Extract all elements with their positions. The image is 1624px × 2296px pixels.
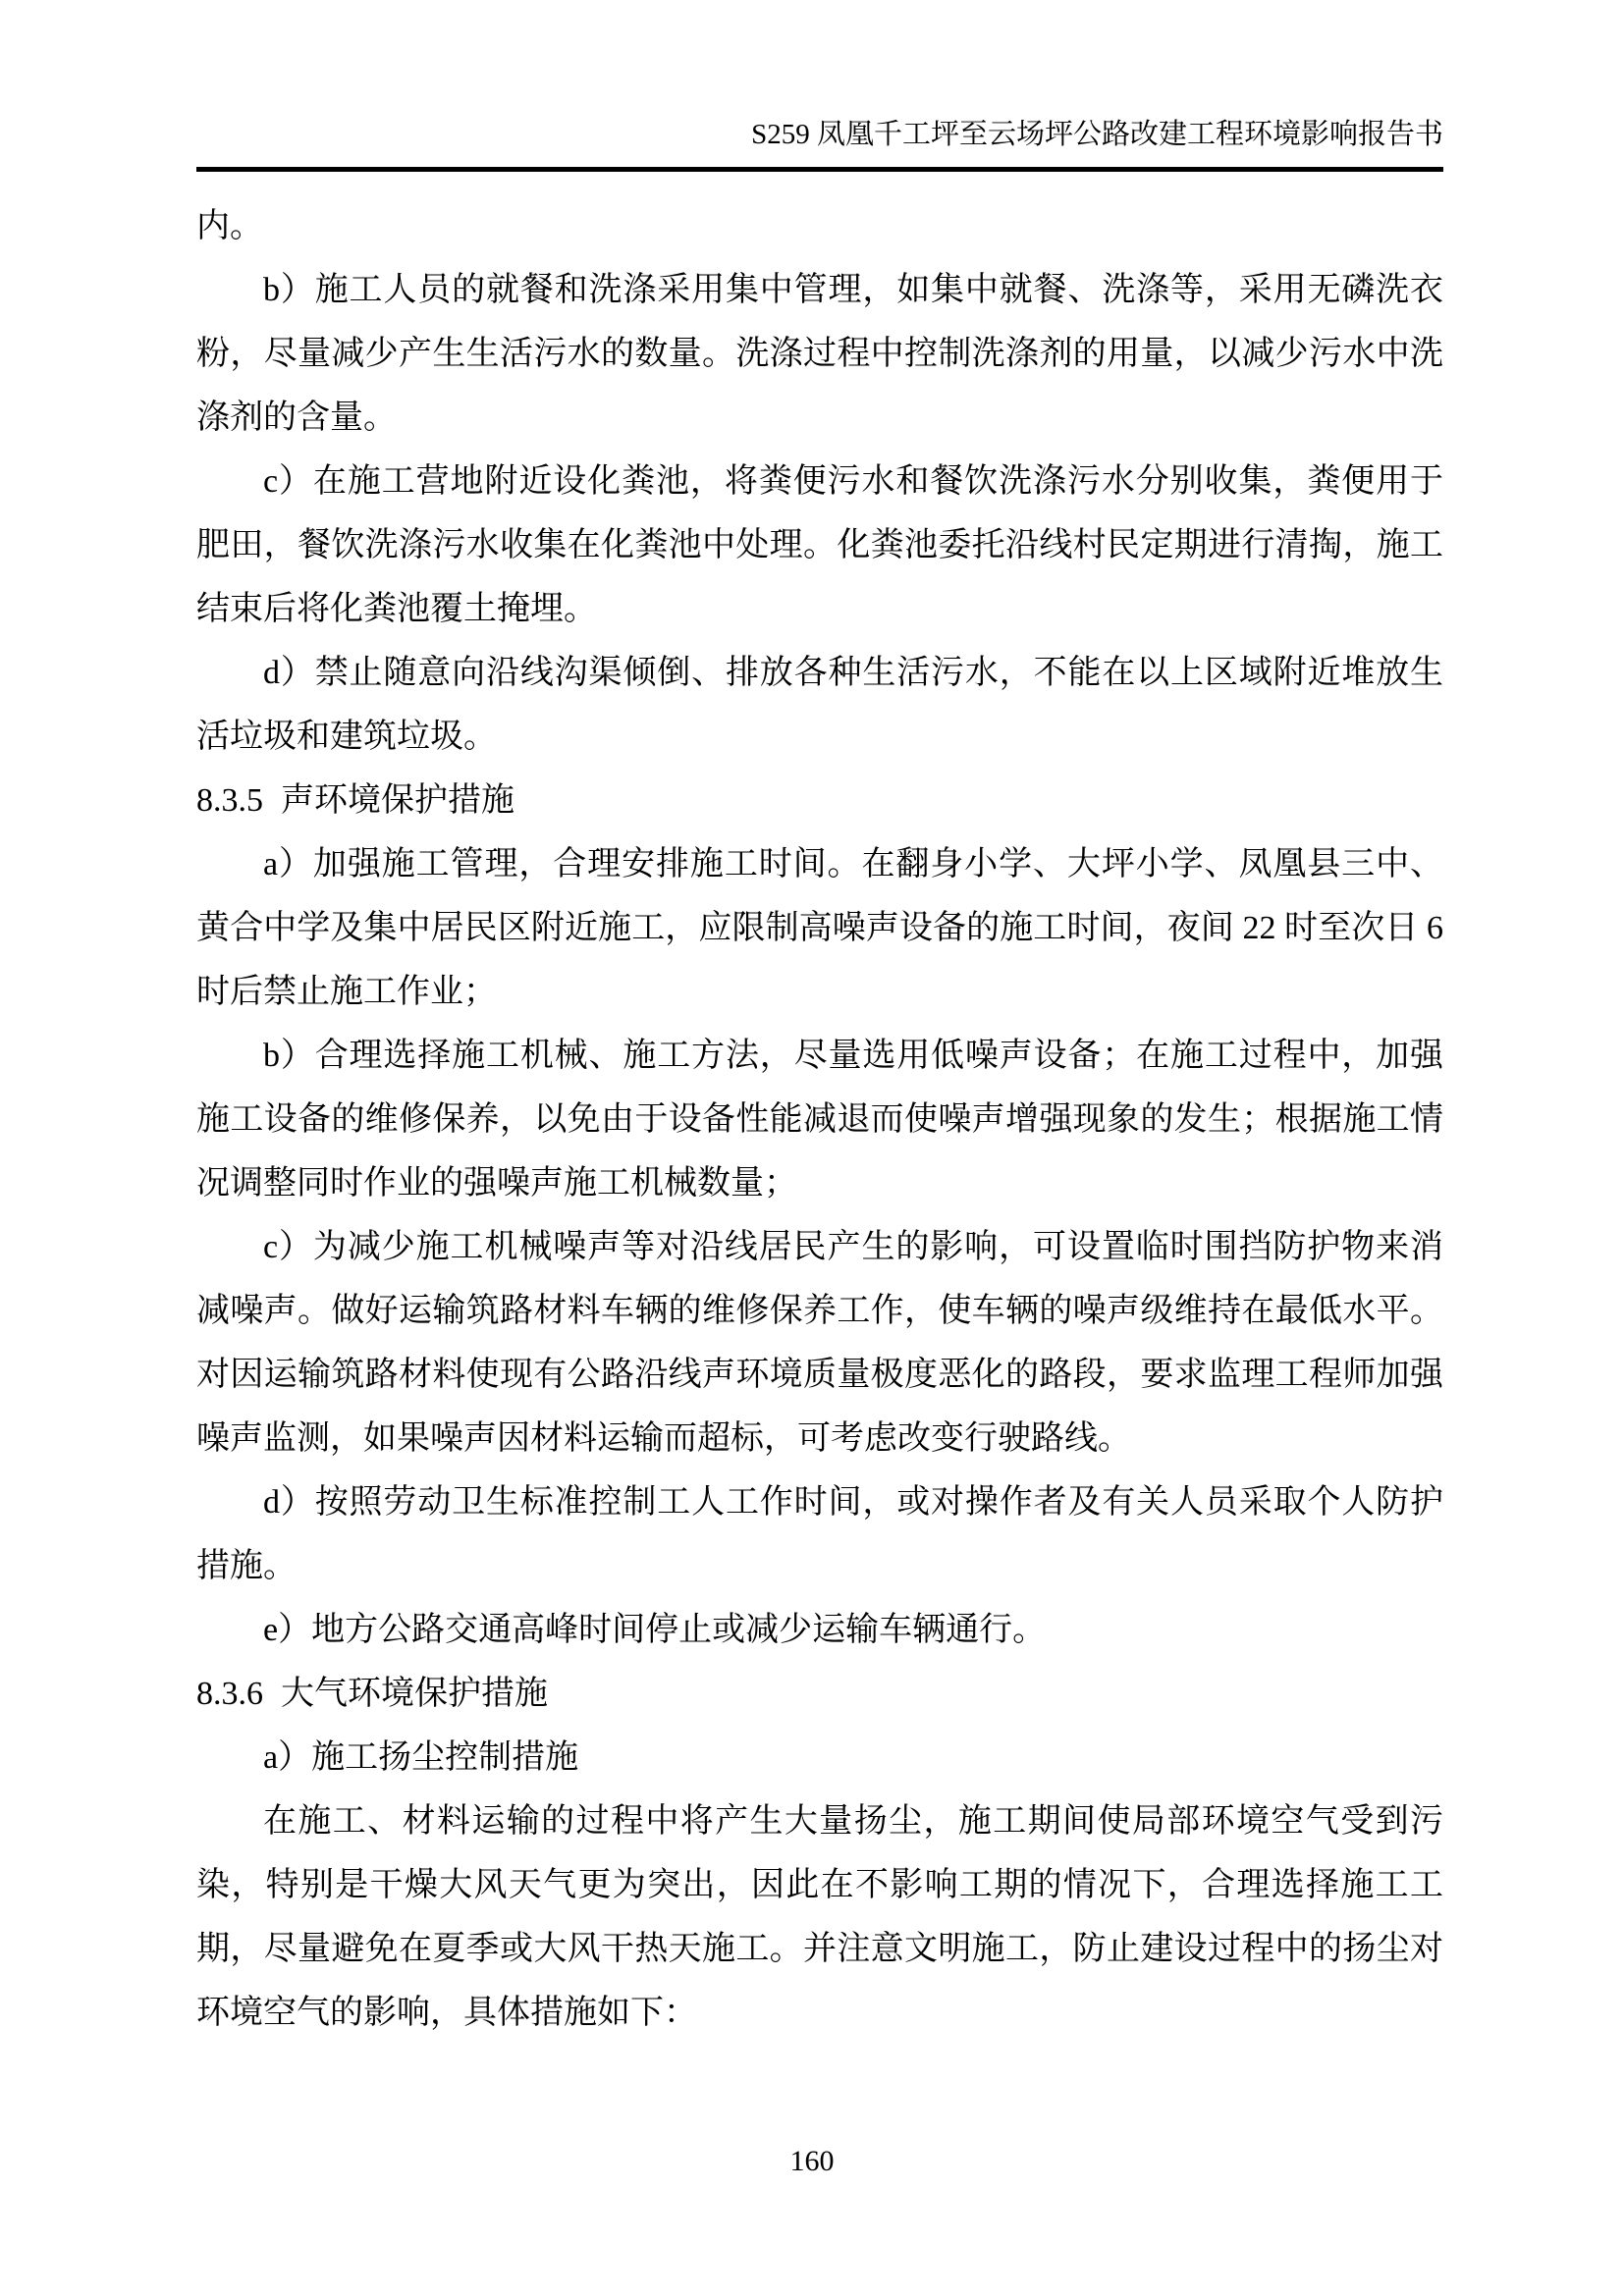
section-number: 8.3.6 (196, 1676, 263, 1712)
page-number: 160 (790, 2145, 835, 2177)
paragraph: c）在施工营地附近设化粪池，将粪便污水和餐饮洗涤污水分别收集，粪便用于肥田，餐饮… (196, 450, 1443, 641)
paragraph: b）施工人员的就餐和洗涤采用集中管理，如集中就餐、洗涤等，采用无磷洗衣粉，尽量减… (196, 258, 1443, 450)
paragraph: c）为减少施工机械噪声等对沿线居民产生的影响，可设置临时围挡防护物来消减噪声。做… (196, 1215, 1443, 1470)
paragraph: e）地方公路交通高峰时间停止或减少运输车辆通行。 (196, 1598, 1443, 1662)
section-heading: 8.3.6大气环境保护措施 (196, 1662, 1443, 1726)
document-page: S259 凤凰千工坪至云场坪公路改建工程环境影响报告书 内。b）施工人员的就餐和… (0, 0, 1624, 2296)
paragraph: 在施工、材料运输的过程中将产生大量扬尘，施工期间使局部环境空气受到污染，特别是干… (196, 1789, 1443, 2045)
paragraph: d）禁止随意向沿线沟渠倾倒、排放各种生活污水，不能在以上区域附近堆放生活垃圾和建… (196, 641, 1443, 769)
section-heading: 8.3.5声环境保护措施 (196, 769, 1443, 832)
paragraph-continuation: 内。 (196, 194, 1443, 258)
section-title: 声环境保护措施 (281, 782, 514, 819)
paragraph: b）合理选择施工机械、施工方法，尽量选用低噪声设备；在施工过程中，加强施工设备的… (196, 1024, 1443, 1215)
paragraph: a）施工扬尘控制措施 (196, 1726, 1443, 1789)
section-title: 大气环境保护措施 (281, 1676, 548, 1712)
page-footer: 160 (0, 2142, 1624, 2181)
paragraph: d）按照劳动卫生标准控制工人工作时间，或对操作者及有关人员采取个人防护措施。 (196, 1470, 1443, 1598)
section-number: 8.3.5 (196, 782, 263, 819)
document-body: 内。b）施工人员的就餐和洗涤采用集中管理，如集中就餐、洗涤等，采用无磷洗衣粉，尽… (196, 194, 1443, 2045)
header-title: S259 凤凰千工坪至云场坪公路改建工程环境影响报告书 (751, 119, 1443, 150)
paragraph: a）加强施工管理，合理安排施工时间。在翻身小学、大坪小学、凤凰县三中、黄合中学及… (196, 832, 1443, 1024)
page-header: S259 凤凰千工坪至云场坪公路改建工程环境影响报告书 (196, 114, 1443, 172)
